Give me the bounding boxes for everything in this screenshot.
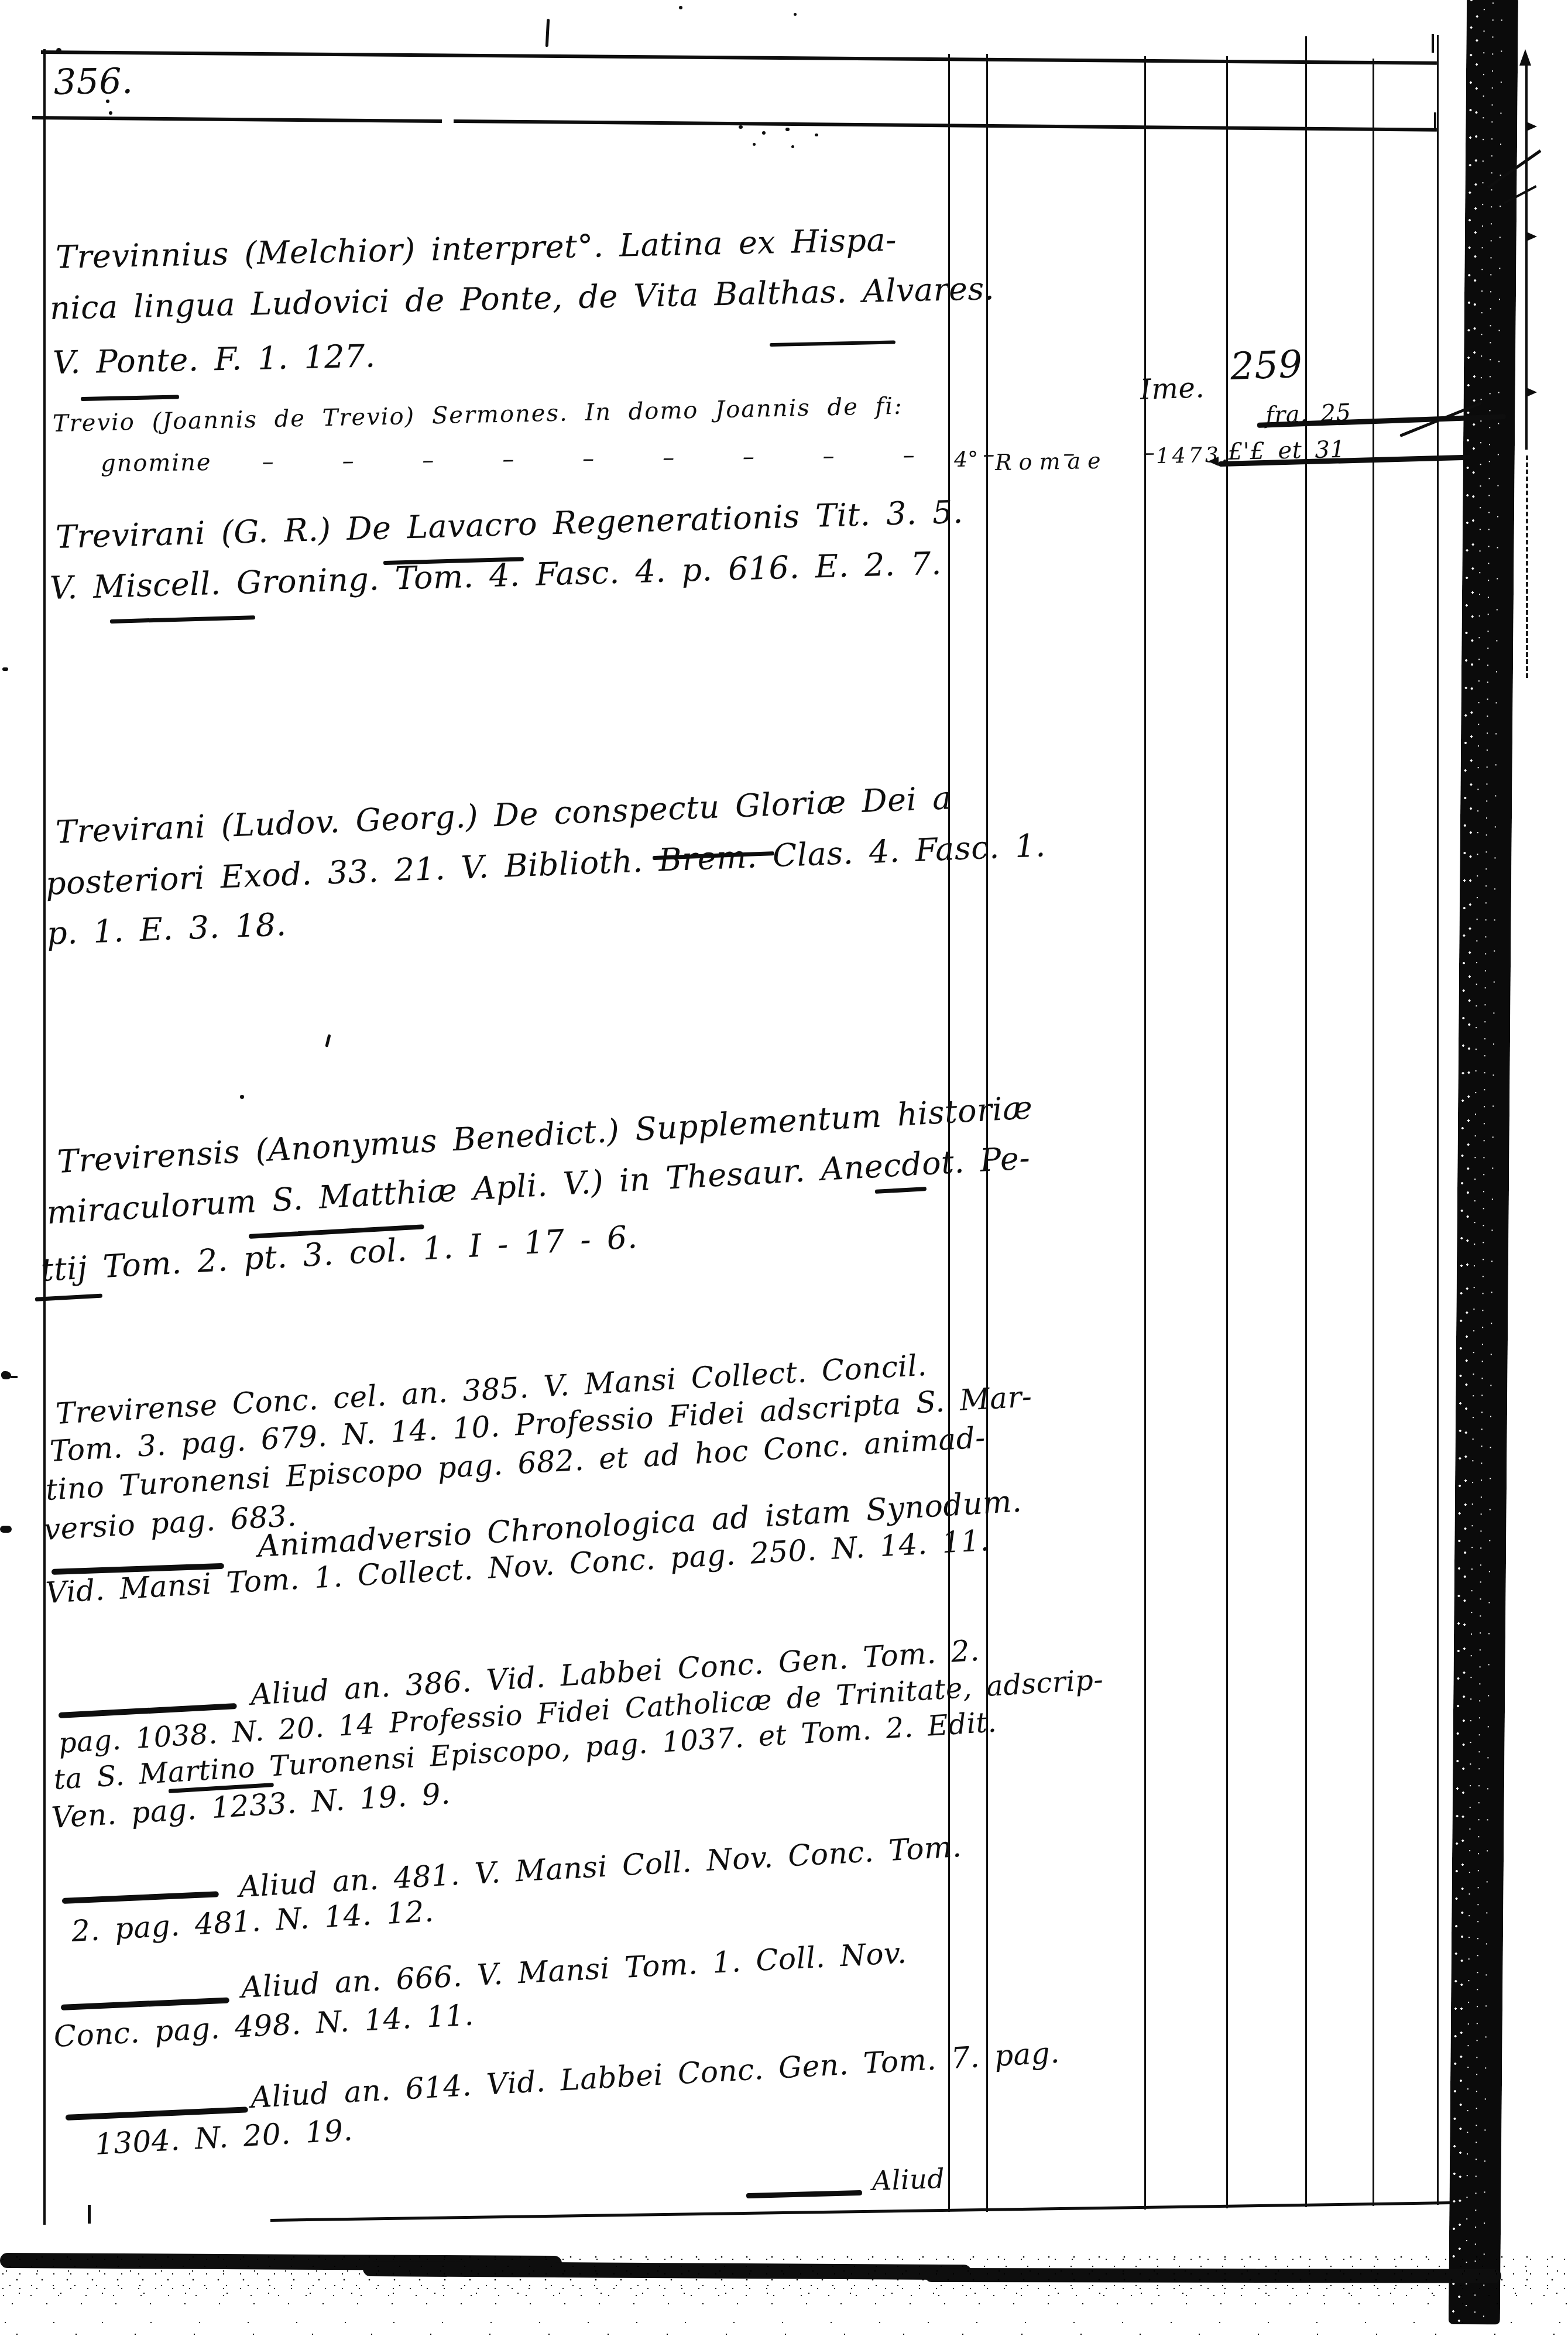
column-rule — [1373, 59, 1374, 2206]
underline-stroke — [875, 1187, 927, 1194]
margin-blot — [0, 1526, 12, 1533]
page-bottom-noise — [0, 2316, 1568, 2339]
stray-dot — [106, 100, 109, 103]
entry-line: Aliud an. 481. V. Mansi Coll. Nov. Conc.… — [238, 1831, 962, 1903]
margin-arrow-line-faint — [1526, 455, 1528, 678]
stray-speck — [762, 131, 766, 135]
binding-strip — [1449, 0, 1518, 2325]
entry-line: Aliud an. 666. V. Mansi Tom. 1. Coll. No… — [241, 1937, 908, 2004]
strike-hook-icon — [1208, 457, 1219, 466]
stray-speck — [753, 143, 756, 146]
stray-speck — [815, 133, 818, 136]
dash-prefix — [62, 1891, 219, 1904]
margin-arrow-tick-icon — [1526, 122, 1537, 131]
bottom-rule — [270, 2201, 1470, 2222]
dash-prefix — [61, 1997, 229, 2010]
stray-dot — [679, 6, 682, 9]
corner-nub — [1434, 112, 1436, 129]
stray-speck — [739, 125, 743, 129]
margin-blot — [11, 1376, 18, 1378]
entry-line: Aliud an. 614. Vid. Labbei Conc. Gen. To… — [249, 2037, 1061, 2114]
corner-nub — [1432, 34, 1434, 53]
place-note: Romae — [995, 449, 1108, 475]
entry-line: p. 1. E. 3. 18. — [46, 907, 287, 951]
header-rule-right — [454, 119, 1437, 132]
stray-dot — [109, 111, 112, 115]
entry-line: nica lingua Ludovici de Ponte, de Vita B… — [49, 271, 994, 326]
folio-number: 356. — [53, 62, 133, 102]
entry-line: Trevinnius (Melchior) interpret°. Latina… — [55, 222, 897, 275]
entry-line: Trevio (Joannis de Trevio) Sermones. In … — [53, 393, 904, 437]
margin-tick — [88, 2205, 91, 2224]
entry-line: V. Miscell. Groning. Tom. 4. Fasc. 4. p.… — [49, 546, 942, 605]
entry-line: V. Ponte. F. 1. 127. — [52, 338, 376, 380]
margin-arrow-tick-icon — [1526, 388, 1537, 397]
dash-prefix — [59, 1703, 237, 1718]
left-border-rule — [43, 49, 46, 2225]
dash-prefix — [66, 2106, 248, 2121]
column-rule — [1305, 36, 1307, 2207]
header-rule-left — [32, 116, 442, 123]
catalog-page-scan: 356. Trevinnius (Melchior) interpret°. L… — [0, 0, 1568, 2343]
underline-stroke — [81, 395, 179, 401]
catchword: Aliud — [872, 2164, 945, 2196]
stray-dot — [240, 1095, 244, 1099]
entry-line: 2. pag. 481. N. 14. 12. — [70, 1895, 434, 1948]
column-rule — [1437, 35, 1439, 2205]
page-bottom-noise — [0, 2255, 1568, 2290]
stray-speck — [785, 128, 790, 131]
dash-prefix — [746, 2190, 862, 2198]
column-rule — [986, 54, 988, 2212]
page-bottom-noise — [0, 2290, 1568, 2316]
entry-line: 1304. N. 20. 19. — [94, 2114, 354, 2161]
margin-blot — [2, 667, 8, 671]
number-note: 259 — [1230, 344, 1303, 388]
underline-stroke — [770, 340, 895, 347]
stray-tick — [545, 19, 550, 47]
stray-apostrophe — [325, 1034, 331, 1047]
stray-dot — [794, 13, 797, 16]
column-rule — [1226, 56, 1228, 2208]
inventory-note: Ime. — [1140, 372, 1205, 406]
stray-dot — [56, 48, 61, 53]
margin-arrow-tick-icon — [1526, 232, 1537, 241]
stray-speck — [791, 145, 794, 148]
entry-line: Trevirani (G. R.) De Lavacro Regeneratio… — [55, 495, 963, 555]
margin-blot — [1, 1371, 11, 1379]
column-rule — [948, 54, 950, 2212]
underline-stroke — [110, 615, 255, 624]
format-note: 4° — [954, 448, 979, 471]
